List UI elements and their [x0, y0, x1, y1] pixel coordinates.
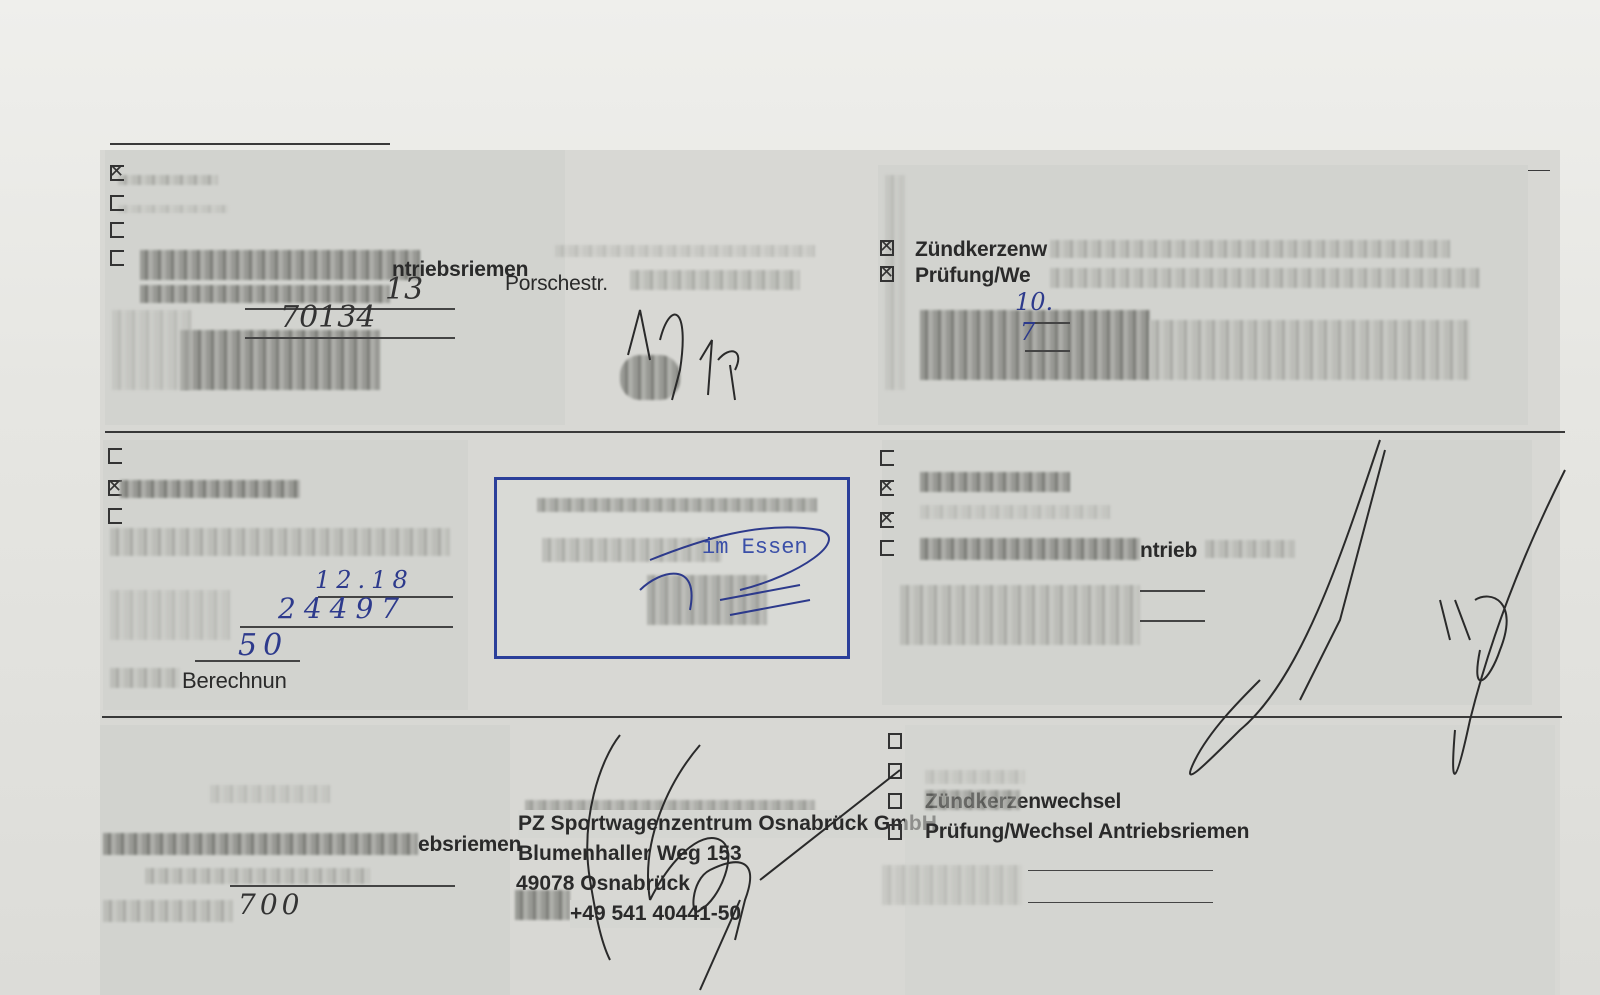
checkbox-spark-plugs[interactable]	[888, 793, 902, 809]
redacted-stamp-signature	[647, 575, 767, 625]
handwritten-value: 50	[238, 628, 288, 663]
checkbox[interactable]	[110, 165, 124, 181]
checkbox[interactable]	[110, 195, 124, 211]
divider	[110, 143, 390, 145]
bottom-left-panel	[100, 725, 510, 995]
redacted-region	[110, 590, 230, 640]
checkbox-drive-belt[interactable]	[888, 824, 902, 840]
drive-belt-check-label: Prüfung/Wechsel Antriebsriemen	[925, 820, 1249, 844]
handwritten-value: 24497	[278, 592, 407, 625]
checkbox[interactable]	[880, 540, 894, 556]
checkbox[interactable]	[888, 733, 902, 749]
billing-label-fragment: Berechnun	[182, 668, 287, 694]
redacted-region	[118, 175, 218, 185]
redacted-region	[118, 205, 228, 213]
drive-belt-check-label: Prüfung/We	[915, 264, 1030, 288]
divider	[102, 716, 1562, 718]
checkbox[interactable]	[110, 222, 124, 238]
entry-line	[1140, 590, 1205, 592]
checkbox[interactable]	[108, 448, 122, 464]
redacted-region	[110, 668, 180, 688]
redacted-region	[920, 472, 1070, 492]
scanned-page: ntriebsriemen 13 70134 Porschestr. Zündk…	[0, 0, 1600, 995]
handwritten-value: 70134	[280, 300, 375, 335]
redacted-region	[1150, 320, 1470, 380]
redacted-region	[103, 833, 418, 855]
dealer-street-fragment: Porschestr.	[505, 272, 608, 296]
redacted-region	[1050, 240, 1450, 258]
handwritten-value: 10.	[1015, 288, 1053, 316]
redacted-region	[180, 330, 380, 390]
handwritten-value: 12.18	[315, 566, 414, 594]
checkbox[interactable]	[110, 250, 124, 266]
dealer-phone: +49 541 40441-50	[570, 900, 741, 928]
redacted-region	[920, 538, 1140, 560]
divider	[105, 431, 1565, 433]
entry-line	[230, 885, 455, 887]
top-right-panel	[878, 165, 1528, 425]
checkbox[interactable]	[888, 763, 902, 779]
redacted-region	[210, 785, 330, 803]
dealer-street: Blumenhaller Weg 153	[518, 840, 742, 868]
redacted-region	[140, 250, 420, 280]
redacted-region	[1050, 268, 1480, 288]
entry-line	[1028, 870, 1213, 871]
redacted-region	[882, 865, 1022, 905]
redacted-region	[1205, 540, 1295, 558]
handwritten-value: 7	[1020, 318, 1035, 346]
redacted-region	[515, 890, 570, 920]
entry-line	[1028, 902, 1213, 903]
redacted-region	[925, 790, 1020, 810]
redacted-stamp-header	[537, 498, 817, 512]
redacted-region	[145, 868, 370, 884]
redacted-region	[103, 900, 233, 922]
spark-plug-label: Zündkerzenw	[915, 238, 1047, 262]
redacted-region	[555, 245, 815, 257]
bottom-right-panel	[905, 725, 1555, 995]
redacted-region	[112, 310, 192, 390]
stamp-city-fragment: im Essen	[702, 535, 808, 560]
redacted-region	[120, 480, 300, 498]
checkbox-drive-belt[interactable]	[880, 266, 894, 282]
dealer-company-name: PZ Sportwagenzentrum Osnabrück GmbH	[518, 810, 937, 838]
checkbox[interactable]	[880, 512, 894, 528]
redacted-region	[925, 770, 1025, 784]
redacted-region	[900, 585, 1140, 645]
entry-line	[1025, 350, 1070, 352]
handwritten-value: 700	[238, 888, 303, 921]
checkbox[interactable]	[880, 450, 894, 466]
redacted-stamp-name	[542, 538, 722, 562]
checkbox[interactable]	[880, 480, 894, 496]
redacted-region	[110, 528, 450, 556]
redacted-region	[630, 270, 800, 290]
redacted-region	[920, 505, 1110, 519]
entry-line	[245, 337, 455, 339]
dealer-stamp: im Essen	[494, 477, 850, 659]
handwritten-value: 13	[385, 272, 423, 307]
redacted-signature	[620, 355, 680, 400]
checkbox-spark-plugs[interactable]	[880, 240, 894, 256]
entry-line	[1140, 620, 1205, 622]
checkbox[interactable]	[108, 508, 122, 524]
drive-belt-label-fragment: ebsriemen	[418, 833, 521, 857]
drive-belt-label-fragment: ntrieb	[1140, 539, 1197, 563]
